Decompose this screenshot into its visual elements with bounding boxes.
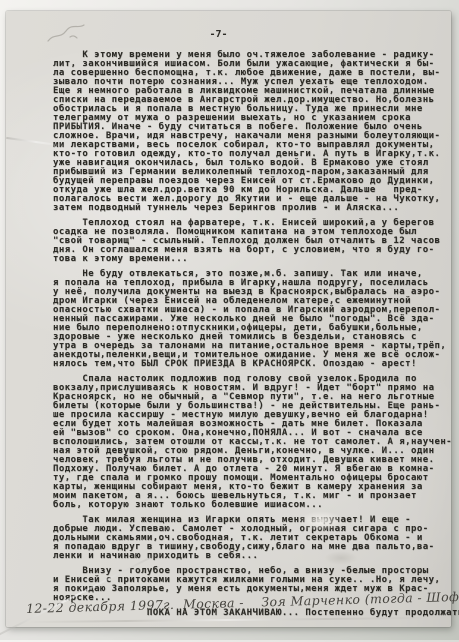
paragraph: Спала настолик подложив под голову свой … — [53, 375, 453, 510]
typed-paragraphs: К этому времени у меня было оч.тяжелое з… — [53, 51, 453, 603]
typed-text: К этому времени у меня было оч.тяжелое з… — [53, 51, 453, 618]
paragraph: Так милая женщина из Игарки опять меня в… — [53, 516, 453, 561]
page-number: -7- — [6, 29, 431, 40]
paragraph: К этому времени у меня было оч.тяжелое з… — [53, 51, 453, 213]
paragraph: Не буду отвлекаться, это позже,м.б. запи… — [53, 270, 453, 369]
paragraph: Теплоход стоял на фарватере, т.к. Енисей… — [53, 219, 453, 264]
paper: -7- К этому времени у меня было оч.тяжел… — [6, 11, 451, 627]
scan-page: { "page": { "number": "-7-", "paragraphs… — [0, 0, 459, 640]
